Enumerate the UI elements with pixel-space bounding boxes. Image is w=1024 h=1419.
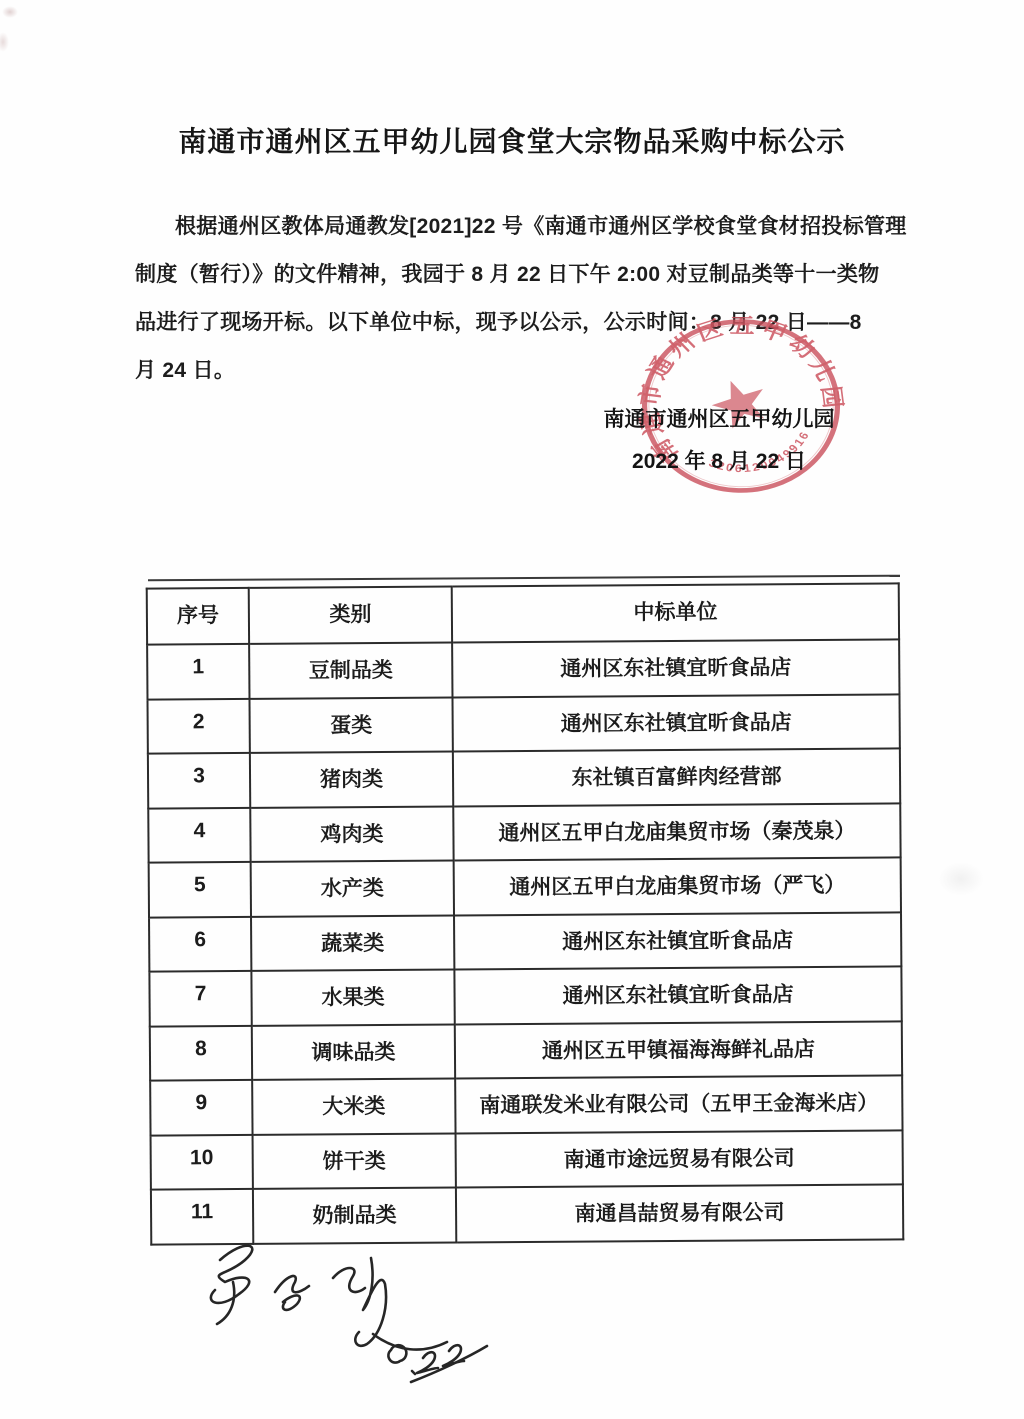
cell-serial-number: 5	[149, 862, 251, 917]
cell-winning-bidder: 通州区东社镇宜昕食品店	[452, 694, 899, 752]
cell-category: 饼干类	[253, 1133, 456, 1189]
table-row: 5水产类通州区五甲白龙庙集贸市场（严飞）	[149, 857, 901, 917]
table-row: 6蔬菜类通州区东社镇宜昕食品店	[149, 912, 901, 972]
cell-serial-number: 4	[148, 807, 250, 862]
handwritten-date	[388, 1345, 487, 1382]
cell-category: 蛋类	[249, 697, 452, 753]
cell-serial-number: 3	[148, 753, 250, 808]
cell-winning-bidder: 通州区东社镇宜昕食品店	[452, 639, 899, 697]
cell-serial-number: 8	[150, 1025, 252, 1080]
table-row: 9大米类南通联发米业有限公司（五甲王金海米店）	[150, 1075, 902, 1135]
cell-category: 调味品类	[252, 1024, 455, 1080]
table-row: 2蛋类通州区东社镇宜昕食品店	[147, 694, 899, 754]
cell-category: 蔬菜类	[251, 915, 454, 971]
cell-category: 水果类	[251, 969, 454, 1025]
table-row: 8调味品类通州区五甲镇福海海鲜礼品店	[150, 1021, 902, 1081]
scanned-document-page: 南通市通州区五甲幼儿园食堂大宗物品采购中标公示 根据通州区教体局通教发[2021…	[0, 0, 1024, 1419]
cell-winning-bidder: 通州区东社镇宜昕食品店	[454, 966, 901, 1024]
table-header-row: 序号 类别 中标单位	[147, 583, 899, 644]
cell-serial-number: 6	[149, 916, 251, 971]
document-title: 南通市通州区五甲幼儿园食堂大宗物品采购中标公示	[0, 120, 1024, 160]
handwritten-signature	[175, 1230, 495, 1395]
table-row: 3猪肉类东社镇百富鲜肉经营部	[148, 748, 900, 808]
scan-smudge	[0, 32, 9, 52]
cell-serial-number: 7	[149, 971, 251, 1026]
table-row: 1豆制品类通州区东社镇宜昕食品店	[147, 639, 899, 699]
paragraph-line: 制度（暂行）》的文件精神，我园于 8 月 22 日下午 2:00 对豆制品类等十…	[135, 251, 897, 299]
cell-category: 水产类	[251, 860, 454, 916]
cell-winning-bidder: 通州区东社镇宜昕食品店	[454, 912, 901, 970]
signature-block: 南通市通州区五甲幼儿园 2022 年 8 月 22 日	[569, 399, 869, 483]
cell-serial-number: 9	[150, 1080, 252, 1135]
paragraph-line: 根据通州区教体局通教发[2021]22 号《南通市通州区学校食堂食材招投标管理	[135, 203, 897, 251]
cell-winning-bidder: 通州区五甲白龙庙集贸市场（严飞）	[454, 857, 901, 915]
cell-serial-number: 1	[147, 644, 249, 699]
signature-org: 南通市通州区五甲幼儿园	[569, 399, 869, 441]
cell-serial-number: 10	[151, 1134, 253, 1189]
cell-category: 猪肉类	[250, 751, 453, 807]
handwritten-name	[211, 1246, 447, 1350]
header-serial-number: 序号	[147, 588, 249, 645]
cell-serial-number: 2	[147, 698, 249, 753]
cell-winning-bidder: 通州区五甲镇福海海鲜礼品店	[455, 1021, 902, 1079]
signature-date: 2022 年 8 月 22 日	[569, 441, 869, 483]
cell-winning-bidder: 南通昌喆贸易有限公司	[456, 1184, 903, 1242]
header-category: 类别	[249, 587, 452, 644]
award-table-body: 1豆制品类通州区东社镇宜昕食品店2蛋类通州区东社镇宜昕食品店3猪肉类东社镇百富鲜…	[147, 639, 903, 1244]
award-table: 序号 类别 中标单位 1豆制品类通州区东社镇宜昕食品店2蛋类通州区东社镇宜昕食品…	[146, 582, 905, 1245]
scan-smudge	[938, 862, 984, 896]
cell-winning-bidder: 东社镇百富鲜肉经营部	[453, 748, 900, 806]
cell-winning-bidder: 南通市途远贸易有限公司	[456, 1130, 903, 1188]
table-row: 10饼干类南通市途远贸易有限公司	[151, 1130, 903, 1190]
cell-category: 鸡肉类	[250, 806, 453, 862]
table-row: 4鸡肉类通州区五甲白龙庙集贸市场（秦茂泉）	[148, 803, 900, 863]
header-winning-bidder: 中标单位	[452, 583, 899, 642]
table-top-rule	[148, 575, 900, 582]
scan-smudge	[2, 6, 18, 18]
cell-category: 豆制品类	[249, 643, 452, 699]
cell-winning-bidder: 通州区五甲白龙庙集贸市场（秦茂泉）	[453, 803, 900, 861]
cell-category: 大米类	[252, 1078, 455, 1134]
cell-winning-bidder: 南通联发米业有限公司（五甲王金海米店）	[455, 1075, 902, 1133]
table-row: 7水果类通州区东社镇宜昕食品店	[149, 966, 901, 1026]
